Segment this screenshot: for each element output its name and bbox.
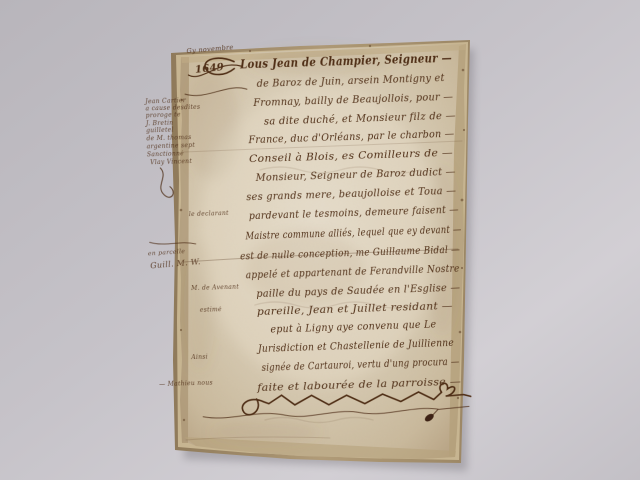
margin-note: proroge te <box>146 111 181 119</box>
margin-note: guilletel <box>146 127 174 135</box>
photo-stage: Gy novembre 1649 Lous Jean de Champier, … <box>0 0 640 480</box>
margin-note: de M. thomas <box>146 134 191 142</box>
manuscript-photo: Gy novembre 1649 Lous Jean de Champier, … <box>0 0 640 480</box>
margin-note: Sanctionné <box>147 150 184 158</box>
margin-note: estimé <box>200 306 222 314</box>
margin-note: Ainsi <box>190 354 208 362</box>
margin-note: Vlay Vincent <box>150 158 192 166</box>
margin-note: le declarant <box>189 210 229 218</box>
